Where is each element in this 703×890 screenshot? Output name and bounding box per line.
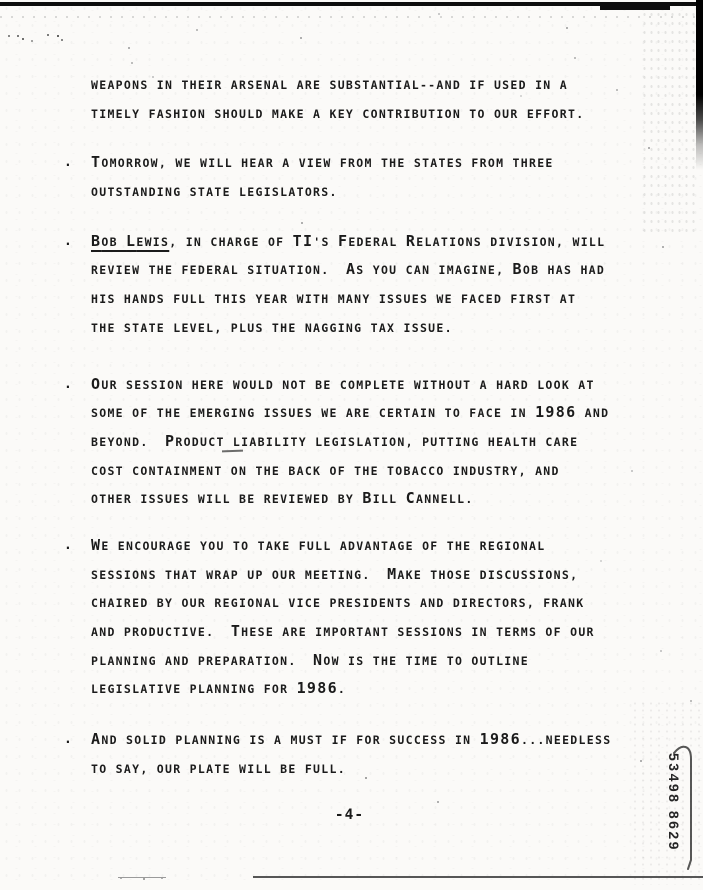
text-segment: N [313,651,323,669]
text-segment: PLANNING AND PREPARATION. [91,654,313,668]
paragraph: .TOMORROW, WE WILL HEAR A VIEW FROM THE … [91,149,636,206]
text-segment: RODUCT LIABILITY LEGISLATION, PUTTING HE… [175,435,578,449]
text-line: PLANNING AND PREPARATION. NOW IS THE TIM… [91,647,636,676]
document-body: WEAPONS IN THEIR ARSENAL ARE SUBSTANTIAL… [91,71,636,804]
bullet-marker: . [64,228,73,257]
text-line: TO SAY, OUR PLATE WILL BE FULL. [91,755,636,784]
text-segment: 1986 [297,679,338,697]
text-segment: OTHER ISSUES WILL BE REVIEWED BY [91,492,362,506]
text-segment: W [91,536,101,554]
scan-bottom-line-artifact [253,876,703,878]
text-line: SESSIONS THAT WRAP UP OUR MEETING. MAKE … [91,561,636,590]
text-segment: OW IS THE TIME TO OUTLINE [323,654,529,668]
text-segment: P [165,432,175,450]
text-line: COST CONTAINMENT ON THE BACK OF THE TOBA… [91,457,636,486]
page-number: -4- [91,801,608,830]
scan-noise-right [641,10,699,235]
text-segment: ILL [373,492,406,506]
text-segment: OB HAS HAD [523,263,605,277]
text-segment: ND SOLID PLANNING IS A MUST IF FOR SUCCE… [101,733,479,747]
text-segment: AND PRODUCTIVE. [91,625,231,639]
paragraph: .OUR SESSION HERE WOULD NOT BE COMPLETE … [91,371,636,514]
text-segment: SESSIONS THAT WRAP UP OUR MEETING. [91,568,387,582]
text-segment: B [362,489,372,507]
text-segment: HIS HANDS FULL THIS YEAR WITH MANY ISSUE… [91,292,576,306]
text-segment: ANNELL. [416,492,474,506]
underlined-text-segment: L [126,232,136,250]
text-segment: TI [293,232,314,250]
text-segment: A [91,730,101,748]
paragraph: .AND SOLID PLANNING IS A MUST IF FOR SUC… [91,726,636,783]
text-segment: OMORROW, WE WILL HEAR A VIEW FROM THE ST… [101,156,553,170]
scanned-page: WEAPONS IN THEIR ARSENAL ARE SUBSTANTIAL… [0,0,703,890]
text-line: AND SOLID PLANNING IS A MUST IF FOR SUCC… [91,726,636,755]
text-line: HIS HANDS FULL THIS YEAR WITH MANY ISSUE… [91,285,636,314]
text-segment: ELATIONS DIVISION, WILL [416,235,605,249]
text-segment: S YOU CAN IMAGINE, [356,263,512,277]
paragraph: .BOB LEWIS, IN CHARGE OF TI'S FEDERAL RE… [91,228,636,343]
scan-speckles [8,35,10,37]
text-segment: BEYOND. [91,435,165,449]
text-line: CHAIRED BY OUR REGIONAL VICE PRESIDENTS … [91,589,636,618]
text-line: OUR SESSION HERE WOULD NOT BE COMPLETE W… [91,371,636,400]
underlined-text-segment: EWIS [136,235,169,249]
text-segment: C [406,489,416,507]
bates-bracket-mark [667,740,697,878]
text-segment: T [231,622,241,640]
text-line: SOME OF THE EMERGING ISSUES WE ARE CERTA… [91,399,636,428]
text-line: WE ENCOURAGE YOU TO TAKE FULL ADVANTAGE … [91,532,636,561]
text-segment: UR SESSION HERE WOULD NOT BE COMPLETE WI… [101,378,594,392]
text-segment: AKE THOSE DISCUSSIONS, [397,568,578,582]
paragraph: WEAPONS IN THEIR ARSENAL ARE SUBSTANTIAL… [91,71,636,128]
text-line: TIMELY FASHION SHOULD MAKE A KEY CONTRIB… [91,100,636,129]
text-segment: E ENCOURAGE YOU TO TAKE FULL ADVANTAGE O… [101,539,545,553]
text-segment: 1986 [480,730,521,748]
text-segment: AND [576,406,609,420]
scan-top-edge-artifact [0,2,703,6]
scan-bottom-dash-artifact [118,877,166,878]
text-segment: R [406,232,416,250]
text-line: TOMORROW, WE WILL HEAR A VIEW FROM THE S… [91,149,636,178]
bullet-marker: . [64,149,73,178]
bullet-marker: . [64,371,73,400]
text-segment: WEAPONS IN THEIR ARSENAL ARE SUBSTANTIAL… [91,78,568,92]
text-segment: ...NEEDLESS [521,733,611,747]
text-segment: . [338,682,346,696]
underlined-text-segment: B [91,232,101,250]
text-segment: M [387,565,397,583]
text-segment: , IN CHARGE OF [169,235,292,249]
text-segment: LEGISLATIVE PLANNING FOR [91,682,297,696]
text-segment: 'S [313,235,338,249]
text-line: WEAPONS IN THEIR ARSENAL ARE SUBSTANTIAL… [91,71,636,100]
text-line: AND PRODUCTIVE. THESE ARE IMPORTANT SESS… [91,618,636,647]
text-segment: OUTSTANDING STATE LEGISLATORS. [91,185,338,199]
scan-faint-line-artifact [0,16,703,18]
bullet-marker: . [64,726,73,755]
text-line: THE STATE LEVEL, PLUS THE NAGGING TAX IS… [91,314,636,343]
text-line: REVIEW THE FEDERAL SITUATION. AS YOU CAN… [91,256,636,285]
text-segment: F [338,232,348,250]
text-segment: HESE ARE IMPORTANT SESSIONS IN TERMS OF … [241,625,595,639]
text-segment: THE STATE LEVEL, PLUS THE NAGGING TAX IS… [91,321,453,335]
text-segment: TO SAY, OUR PLATE WILL BE FULL. [91,762,346,776]
text-segment: SOME OF THE EMERGING ISSUES WE ARE CERTA… [91,406,535,420]
text-segment: B [513,260,523,278]
text-segment: TIMELY FASHION SHOULD MAKE A KEY CONTRIB… [91,107,584,121]
text-segment: REVIEW THE FEDERAL SITUATION. [91,263,346,277]
text-line: BEYOND. PRODUCT LIABILITY LEGISLATION, P… [91,428,636,457]
text-segment: O [91,375,101,393]
text-line: BOB LEWIS, IN CHARGE OF TI'S FEDERAL REL… [91,228,636,257]
text-segment: 1986 [535,403,576,421]
text-segment: T [91,153,101,171]
text-segment: CHAIRED BY OUR REGIONAL VICE PRESIDENTS … [91,596,584,610]
text-line: OTHER ISSUES WILL BE REVIEWED BY BILL CA… [91,485,636,514]
paragraph: .WE ENCOURAGE YOU TO TAKE FULL ADVANTAGE… [91,532,636,704]
bullet-marker: . [64,532,73,561]
text-line: OUTSTANDING STATE LEGISLATORS. [91,178,636,207]
text-segment: COST CONTAINMENT ON THE BACK OF THE TOBA… [91,464,560,478]
text-segment: A [346,260,356,278]
underlined-text-segment: OB [101,235,126,249]
text-segment: EDERAL [348,235,406,249]
text-line: LEGISLATIVE PLANNING FOR 1986. [91,675,636,704]
